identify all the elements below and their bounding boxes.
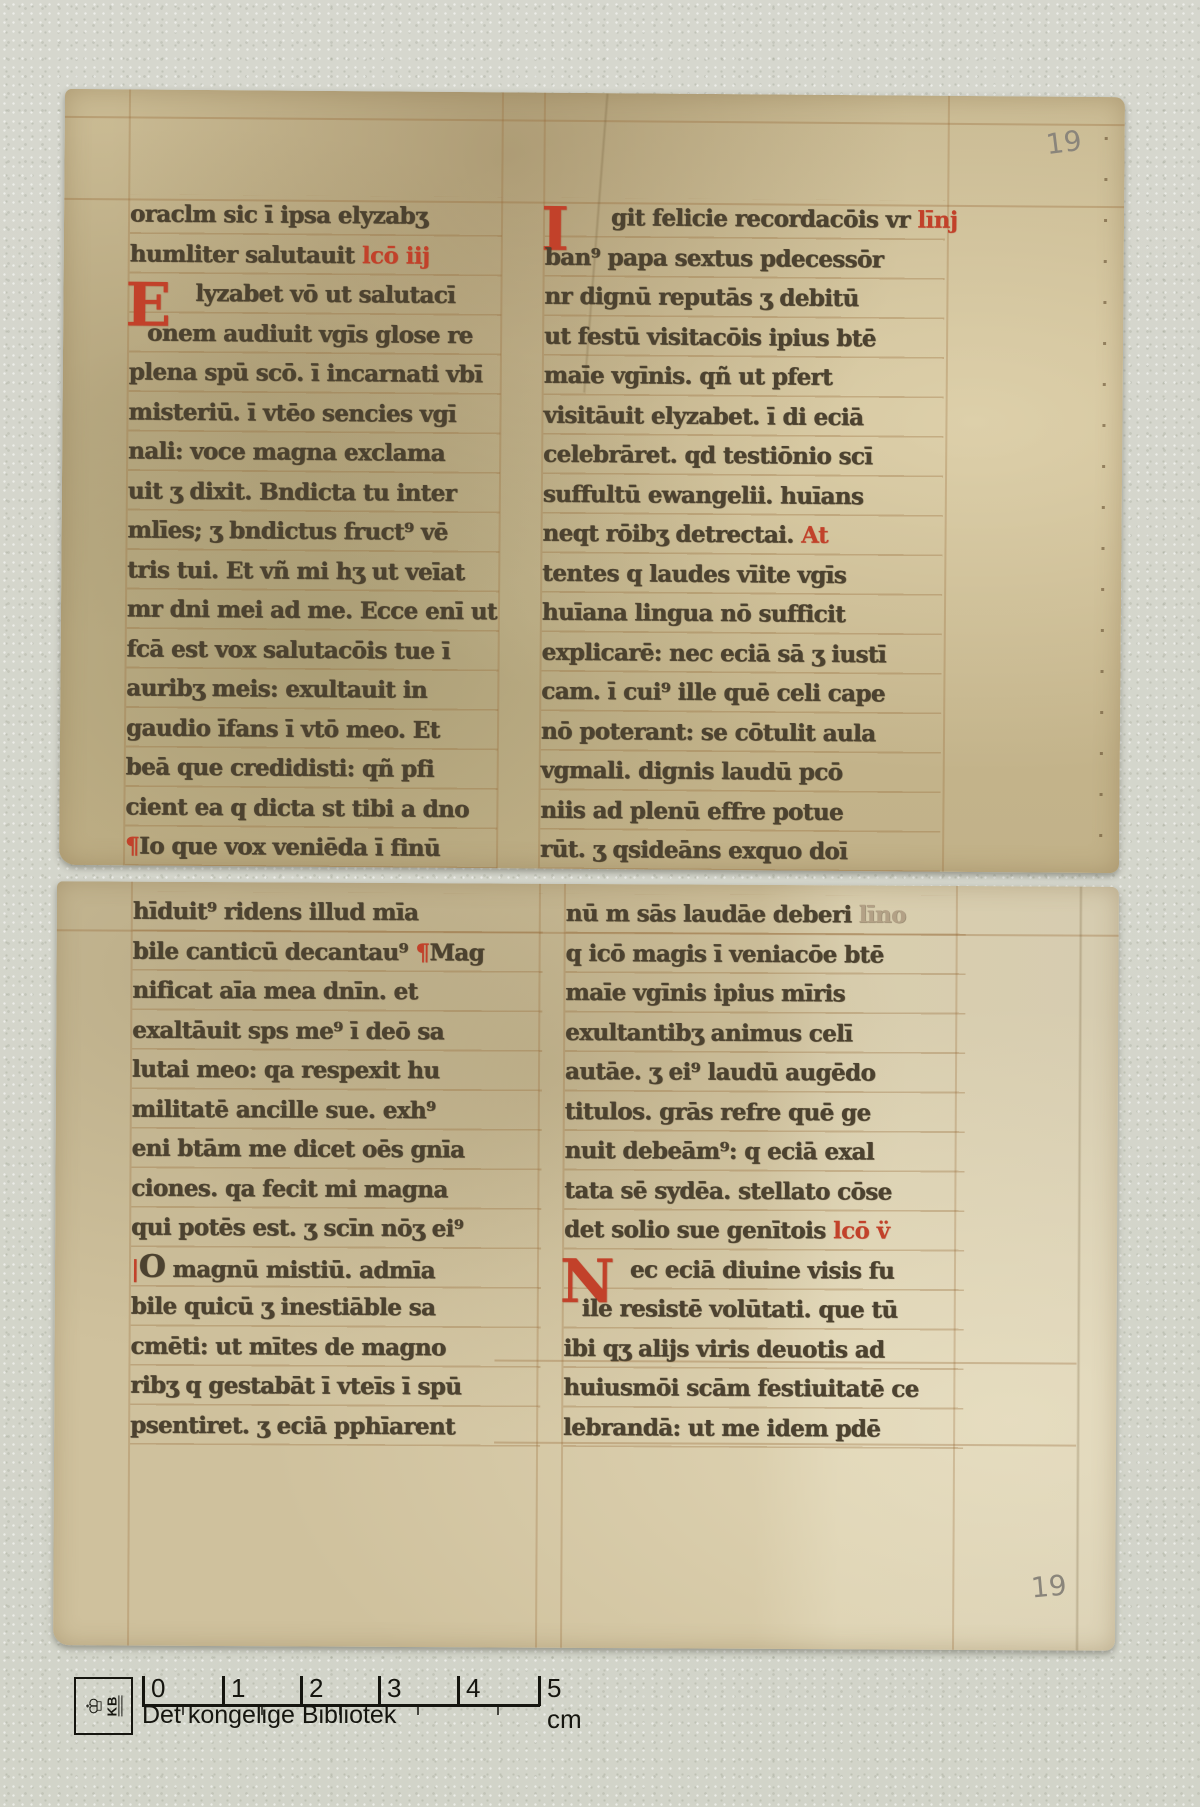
text-column-left: oraclm sic ī ipsa elyzabʒhumliter saluta… <box>125 194 502 869</box>
manuscript-text: auribʒ meis: exultauit in <box>126 674 427 703</box>
rubric-text: līnj <box>917 207 957 234</box>
ruling-line <box>65 116 1125 126</box>
manuscript-text-line: exultantibʒ animus celī <box>565 1012 965 1054</box>
manuscript-text: misteriū. ī vtēo sencies vgī <box>128 398 456 428</box>
manuscript-text-line: mr dni mei ad me. Ecce enī ut <box>127 589 499 631</box>
manuscript-text-line: psentiret. ʒ eciā pphīarent <box>130 1405 540 1447</box>
manuscript-text: plena spū scō. ī incarnati vbī <box>129 358 483 388</box>
rubric-text: At <box>801 522 828 549</box>
manuscript-text-line: uit ʒ dixit. Bndicta tu inter <box>128 471 500 513</box>
manuscript-text: O <box>139 1248 166 1284</box>
manuscript-text-line: lutai meo: qa respexit hu <box>132 1050 542 1092</box>
manuscript-text-line: nuit debeām⁹: q eciā exal <box>565 1131 965 1173</box>
manuscript-text: cam. ī cui⁹ ille quē celi cape <box>541 678 885 708</box>
manuscript-text: līno <box>859 901 906 928</box>
manuscript-text-line: vgmali. dignis laudū pcō <box>541 751 941 794</box>
photo-background: oraclm sic ī ipsa elyzabʒhumliter saluta… <box>0 0 1200 1807</box>
manuscript-text-line: tata sē sydēa. stellato cōse <box>564 1170 964 1212</box>
manuscript-text-line: gaudio īfans ī vtō meo. Et <box>126 708 498 750</box>
manuscript-text: hīduit⁹ ridens illud mīa <box>133 898 419 926</box>
manuscript-text-line: nō poterant: se cōtulit aula <box>541 711 941 754</box>
manuscript-text-line: nificat aīa mea dnīn. et <box>132 971 542 1013</box>
manuscript-text-line: plena spū scō. ī incarnati vbī <box>129 352 501 394</box>
manuscript-text-line: beā que credidisti: qñ pfi <box>126 747 498 789</box>
manuscript-text-line: hīduit⁹ ridens illud mīa <box>133 892 543 934</box>
manuscript-text: onem audiuit vgīs glose re <box>147 319 473 349</box>
manuscript-text: bile quicū ʒ inestiāble sa <box>131 1293 436 1322</box>
manuscript-text-line: cam. ī cui⁹ ille quē celi cape <box>541 672 941 715</box>
manuscript-text: Io que vox veniēda ī finū <box>139 832 440 861</box>
manuscript-text: ec eciā diuine visis fu <box>630 1256 894 1284</box>
manuscript-text: git felicie recordacōis vr <box>611 204 918 233</box>
manuscript-text-line: onem audiuit vgīs glose re <box>129 313 501 355</box>
text-column-left: hīduit⁹ ridens illud mīabile canticū dec… <box>130 892 543 1447</box>
manuscript-text-line: ciones. qa fecit mi magna <box>131 1168 541 1210</box>
manuscript-text: gaudio īfans ī vtō meo. Et <box>126 714 440 743</box>
manuscript-text: qui potēs est. ʒ scīn nōʒ ei⁹ <box>131 1214 463 1243</box>
ruler-label: 0 <box>151 1673 165 1704</box>
manuscript-text: oraclm sic ī ipsa elyzabʒ <box>130 200 428 229</box>
manuscript-text-line: neqt rōibʒ detrectai. At <box>542 514 942 557</box>
ruler-label: 3 <box>387 1673 401 1704</box>
manuscript-text: nū m sās laudāe deberi <box>566 900 859 929</box>
manuscript-text-line: ibi qʒ alijs viris deuotis ad <box>563 1328 963 1370</box>
manuscript-text-line: maīe vgīnis ipius mīris <box>565 973 965 1015</box>
ruler-tick <box>538 1676 541 1706</box>
manuscript-text-line: nali: voce magna exclama <box>128 431 500 473</box>
rubric-text: lcō v̈ <box>833 1217 890 1244</box>
ruler-half-tick <box>417 1706 419 1715</box>
crown-icon: ♔ <box>85 1697 106 1716</box>
manuscript-text-line: rūt. ʒ qsideāns exquo doī <box>540 830 940 873</box>
manuscript-text-line: Elyzabet vō ut salutacī <box>129 273 501 315</box>
manuscript-text-line: tris tui. Et vñ mi hʒ ut veīat <box>127 550 499 592</box>
manuscript-text-line: lebrandā: ut me idem pdē <box>563 1407 963 1449</box>
manuscript-text: ribʒ q gestabāt ī vteīs ī spū <box>130 1372 461 1401</box>
logo-emblem: ♔ KB <box>85 1696 123 1717</box>
manuscript-text: bile canticū decantau⁹ <box>133 937 416 965</box>
manuscript-text: exaltāuit sps me⁹ ī deō sa <box>132 1016 444 1045</box>
manuscript-text: neqt rōibʒ detrectai. <box>542 520 801 549</box>
manuscript-text: ile resistē volūtati. que tū <box>582 1295 898 1324</box>
manuscript-text-line: visitāuit elyzabet. ī di eciā <box>543 395 943 438</box>
manuscript-text-line: ile resistē volūtati. que tū <box>564 1289 964 1331</box>
ruler-half-tick <box>497 1706 499 1715</box>
text-column-right: nū m sās laudāe deberi līnoq icō magis ī… <box>563 894 966 1449</box>
manuscript-text-line: oraclm sic ī ipsa elyzabʒ <box>130 194 502 236</box>
manuscript-text: huīana lingua nō sufficit <box>542 599 845 628</box>
manuscript-text-line: misteriū. ī vtēo sencies vgī <box>128 392 500 434</box>
manuscript-text-line: |O magnū mistiū. admīa <box>131 1247 541 1289</box>
manuscript-text: autāe. ʒ ei⁹ laudū augēdo <box>565 1058 875 1087</box>
manuscript-text-line: exaltāuit sps me⁹ ī deō sa <box>132 1010 542 1052</box>
manuscript-text: militatē ancille sue. exh⁹ <box>132 1095 436 1124</box>
manuscript-text: niis ad plenū effre potue <box>540 796 843 825</box>
manuscript-text: visitāuit elyzabet. ī di eciā <box>543 401 863 431</box>
manuscript-text: nificat aīa mea dnīn. et <box>132 977 417 1005</box>
manuscript-text-line: Igit felicie recordacōis vr līnj <box>545 198 945 241</box>
manuscript-text: eni btām me dicet oēs gnīa <box>132 1135 465 1164</box>
manuscript-text-line: cient ea q dicta st tibi a dno <box>125 787 497 829</box>
manuscript-text-line: huiusmōi scām festiuitatē ce <box>563 1368 963 1410</box>
manuscript-text-line: bile canticū decantau⁹ ¶Mag <box>133 931 543 973</box>
manuscript-text: lebrandā: ut me idem pdē <box>563 1413 880 1442</box>
manuscript-text: mr dni mei ad me. Ecce enī ut <box>127 595 497 625</box>
manuscript-text: ibi qʒ alijs viris deuotis ad <box>564 1334 885 1363</box>
ruler-label: 1 <box>231 1673 245 1704</box>
manuscript-text: celebrāret. qd testiōnio scī <box>543 441 872 471</box>
ruler-tick <box>457 1676 460 1706</box>
manuscript-text: titulos. grās refre quē ge <box>565 1097 871 1126</box>
manuscript-text: cient ea q dicta st tibi a dno <box>125 793 469 823</box>
manuscript-text: det solio sue genītois <box>564 1216 833 1244</box>
manuscript-text: tris tui. Et vñ mi hʒ ut veīat <box>127 556 464 586</box>
manuscript-text: explicarē: nec eciā sā ʒ iustī <box>542 638 887 668</box>
manuscript-leaf-lower: hīduit⁹ ridens illud mīabile canticū dec… <box>53 881 1119 1651</box>
manuscript-text: nali: voce magna exclama <box>128 437 445 466</box>
manuscript-text-line: explicarē: nec eciā sā ʒ iustī <box>542 632 942 675</box>
manuscript-text: lutai meo: qa respexit hu <box>132 1056 440 1085</box>
parchment-crease <box>1075 887 1083 1651</box>
folio-number-pencil-top: 19 <box>1044 124 1083 161</box>
text-column-right: Igit felicie recordacōis vr līnjban⁹ pap… <box>540 198 945 873</box>
manuscript-text: tata sē sydēa. stellato cōse <box>564 1176 891 1205</box>
manuscript-text-line: ban⁹ papa sextus pdecessōr <box>545 237 945 280</box>
manuscript-text-line: cmēti: ut mītes de magno <box>130 1326 540 1368</box>
manuscript-text: mlīes; ʒ bndictus fruct⁹ vē <box>127 516 447 546</box>
rubric-text: | <box>131 1255 139 1282</box>
manuscript-text-line: bile quicū ʒ inestiāble sa <box>131 1287 541 1329</box>
library-logo: ♔ KB <box>74 1677 133 1735</box>
manuscript-text-line: militatē ancille sue. exh⁹ <box>132 1089 542 1131</box>
manuscript-text: suffultū ewangelii. huīans <box>543 480 864 510</box>
manuscript-text-line: mlīes; ʒ bndictus fruct⁹ vē <box>127 510 499 552</box>
manuscript-text-line: auribʒ meis: exultauit in <box>126 668 498 710</box>
manuscript-text: humliter salutauit <box>130 240 362 269</box>
rubric-text: ¶ <box>125 832 139 859</box>
manuscript-text-line: Nec eciā diuine visis fu <box>564 1249 964 1291</box>
manuscript-text: lyzabet vō ut salutacī <box>195 280 455 309</box>
manuscript-leaf-upper: oraclm sic ī ipsa elyzabʒhumliter saluta… <box>59 89 1125 873</box>
manuscript-text-line: niis ad plenū effre potue <box>540 790 940 833</box>
manuscript-text-line: huīana lingua nō sufficit <box>542 593 942 636</box>
manuscript-text-line: ribʒ q gestabāt ī vteīs ī spū <box>130 1366 540 1408</box>
manuscript-text-line: qui potēs est. ʒ scīn nōʒ ei⁹ <box>131 1208 541 1250</box>
manuscript-text: cmēti: ut mītes de magno <box>131 1332 446 1361</box>
manuscript-text: ciones. qa fecit mi magna <box>131 1174 447 1203</box>
manuscript-text: nō poterant: se cōtulit aula <box>541 717 876 747</box>
rubric-text: ¶ <box>415 939 429 966</box>
manuscript-text: psentiret. ʒ eciā pphīarent <box>130 1411 455 1440</box>
manuscript-text: huiusmōi scām festiuitatē ce <box>563 1374 919 1403</box>
prick-marks <box>1099 137 1107 837</box>
manuscript-text: magnū mistiū. admīa <box>165 1255 435 1283</box>
manuscript-text: nuit debeām⁹: q eciā exal <box>565 1137 875 1166</box>
manuscript-text-line: det solio sue genītois lcō v̈ <box>564 1210 964 1252</box>
manuscript-text-line: titulos. grās refre quē ge <box>565 1091 965 1133</box>
manuscript-text: ban⁹ papa sextus pdecessōr <box>545 243 884 273</box>
manuscript-text: Mag <box>429 939 484 966</box>
manuscript-text: maīe vgīnis ipius mīris <box>565 979 845 1007</box>
manuscript-text: maīe vgīnis. qñ ut pfert <box>544 362 833 391</box>
manuscript-text: exultantibʒ animus celī <box>565 1018 852 1047</box>
manuscript-text-line: humliter salutauit lcō iij <box>130 234 502 276</box>
manuscript-text: q icō magis ī veniacōe btē <box>566 939 884 968</box>
manuscript-text: fcā est vox salutacōis tue ī <box>127 635 450 665</box>
manuscript-text-line: celebrāret. qd testiōnio scī <box>543 435 943 478</box>
manuscript-text-line: q icō magis ī veniacōe btē <box>566 933 966 975</box>
manuscript-text: tentes q laudes vīite vgīs <box>542 559 846 588</box>
manuscript-text-line: eni btām me dicet oēs gnīa <box>132 1129 542 1171</box>
rubric-text: lcō iij <box>362 242 430 270</box>
ruler-label: 4 <box>466 1673 480 1704</box>
manuscript-text-line: tentes q laudes vīite vgīs <box>542 553 942 596</box>
ruler-unit-label: 5 cm <box>547 1673 582 1735</box>
manuscript-text-line: maīe vgīnis. qñ ut pfert <box>544 356 944 399</box>
manuscript-text: vgmali. dignis laudū pcō <box>541 757 843 786</box>
manuscript-text-line: autāe. ʒ ei⁹ laudū augēdo <box>565 1052 965 1094</box>
logo-letters: KB <box>106 1696 123 1717</box>
manuscript-text: beā que credidisti: qñ pfi <box>126 753 434 782</box>
manuscript-text-line: ¶Io que vox veniēda ī finū <box>125 826 497 868</box>
folio-number-pencil-bottom: 19 <box>1030 1569 1068 1605</box>
manuscript-text-line: ut festū visitacōis ipius btē <box>544 316 944 359</box>
manuscript-text: uit ʒ dixit. Bndicta tu inter <box>128 477 457 507</box>
manuscript-text-line: nr dignū reputās ʒ debitū <box>544 277 944 320</box>
ruler-label: 2 <box>309 1673 323 1704</box>
manuscript-text: nr dignū reputās ʒ debitū <box>544 283 858 312</box>
library-name-label: Det kongelige Bibliotek <box>142 1701 396 1730</box>
manuscript-text-line: suffultū ewangelii. huīans <box>543 474 943 517</box>
manuscript-text-line: fcā est vox salutacōis tue ī <box>127 629 499 671</box>
manuscript-text-line: nū m sās laudāe deberi līno <box>566 894 966 936</box>
manuscript-text: rūt. ʒ qsideāns exquo doī <box>540 836 847 865</box>
manuscript-text: ut festū visitacōis ipius btē <box>544 322 876 352</box>
